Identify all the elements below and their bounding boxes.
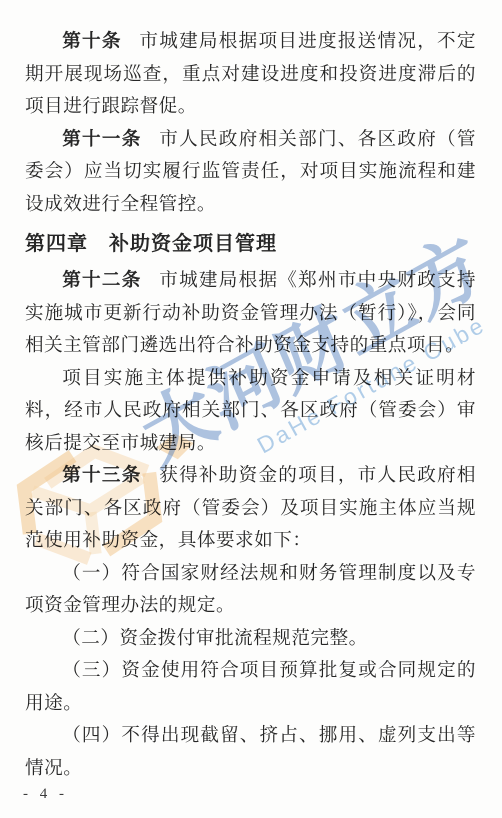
page-number: - 4 - [23,786,68,803]
article-11-paragraph: 第十一条市人民政府相关部门、各区政府（管委会）应当切实履行监管责任，对项目实施流… [25,124,476,222]
article-13-number: 第十三条 [62,465,141,486]
document-page: 第十条市城建局根据项目进度报送情况，不定期开展现场巡查，重点对建设进度和投资进度… [0,0,502,818]
article-12-paragraph: 第十二条市城建局根据《郑州市中央财政支持实施城市更新行动补助资金管理办法（暂行）… [25,265,476,363]
article-13-paragraph: 第十三条获得补助资金的项目，市人民政府相关部门、各区政府（管委会）及项目实施主体… [25,460,476,558]
item-1-text: （一）符合国家财经法规和财务管理制度以及专项资金管理办法的规定。 [25,563,476,617]
article-12-number: 第十二条 [62,270,141,291]
article-10-paragraph: 第十条市城建局根据项目进度报送情况，不定期开展现场巡查，重点对建设进度和投资进度… [25,26,476,124]
item-3-text: （三）资金使用符合项目预算批复或合同规定的用途。 [25,660,476,714]
article-13-item-1: （一）符合国家财经法规和财务管理制度以及专项资金管理办法的规定。 [25,558,476,623]
item-4-text: （四）不得出现截留、挤占、挪用、虚列支出等情况。 [25,725,476,779]
article-11-number: 第十一条 [62,129,141,150]
chapter-4-heading: 第四章 补助资金项目管理 [25,228,476,261]
article-10-number: 第十条 [62,31,122,52]
article-12-paragraph-2: 项目实施主体提供补助资金申请及相关证明材料，经市人民政府相关部门、各区政府（管委… [25,363,476,461]
article-13-item-4: （四）不得出现截留、挤占、挪用、虚列支出等情况。 [25,720,476,785]
article-13-item-3: （三）资金使用符合项目预算批复或合同规定的用途。 [25,655,476,720]
article-13-item-2: （二）资金拨付审批流程规范完整。 [25,623,476,656]
article-12-text-2: 项目实施主体提供补助资金申请及相关证明材料，经市人民政府相关部门、各区政府（管委… [25,368,476,454]
document-body: 第十条市城建局根据项目进度报送情况，不定期开展现场巡查，重点对建设进度和投资进度… [25,26,476,785]
item-2-text: （二）资金拨付审批流程规范完整。 [62,628,368,649]
